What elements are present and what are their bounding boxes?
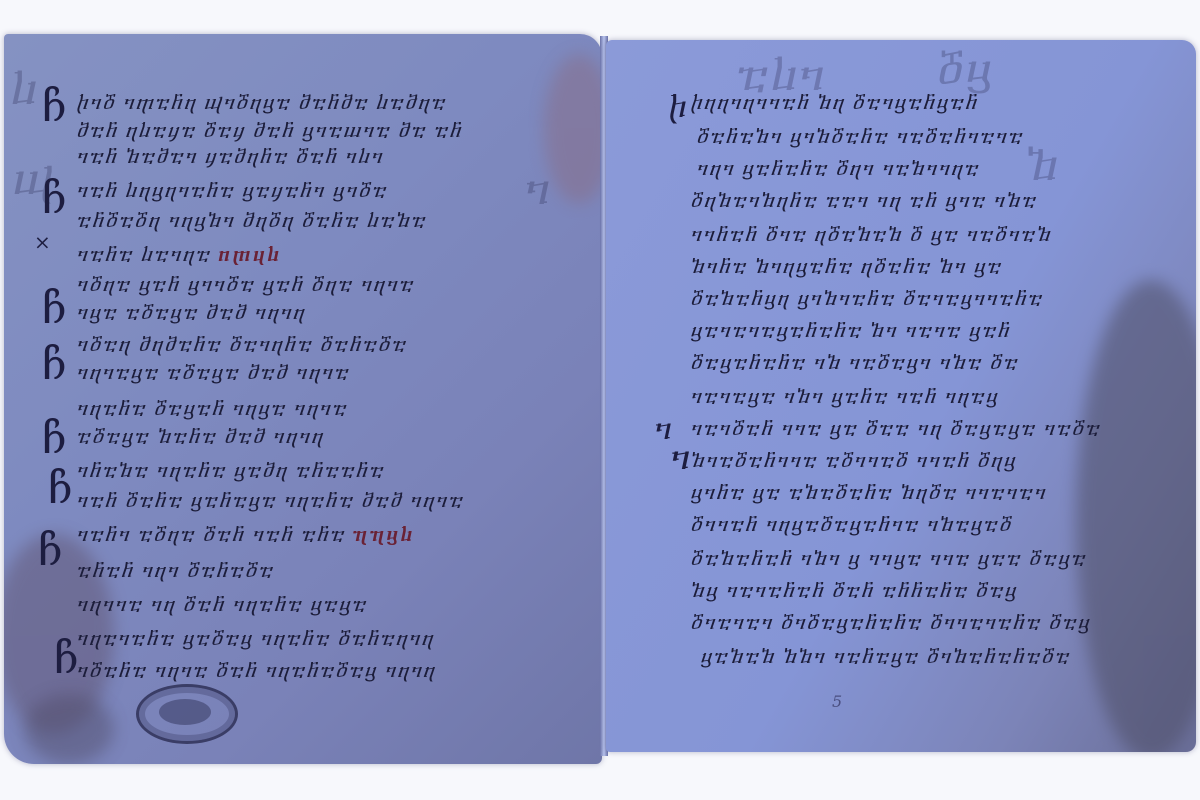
text-line: ⴈⴀⴌⴈ ⴀⴃⴄⴀ ⴃⴀⴌ ⴈⴀⴌ ⴀⴌⴀ ⴄⴄⴁⴑ (76, 524, 415, 546)
text-line: ⴃⴄⴆⴀⴈⴆⴄⴌⴀ ⴀⴀⴈ ⴈⴄ ⴀⴌ ⴁⴈⴀ ⴈⴆⴀ (690, 190, 1037, 212)
library-stamp (136, 684, 238, 744)
decorated-initial: ⴙ (668, 90, 687, 125)
decorated-initial: ჩ (42, 414, 67, 463)
text-line: ⴆⴈⴌⴀ ⴆⴈⴄⴁⴀⴌⴀ ⴄⴃⴀⴌⴀ ⴆⴈ ⴁⴀ (690, 256, 1002, 278)
edge-darkening (1076, 280, 1196, 752)
decorated-initial: ჩ (48, 464, 73, 513)
text-line: ⴈⴃⴀⴄ ⴋⴄⴋⴀⴌⴀ ⴃⴀⴈⴄⴌⴀ ⴃⴀⴌⴀⴃⴀ (76, 334, 407, 356)
text-line: ⴙⴄⴄⴈⴄⴈⴈⴀⴌ ⴆⴄ ⴃⴀⴈⴁⴀⴌⴁⴀⴌ (690, 92, 978, 114)
text-line: ⴁⴈⴌⴀ ⴁⴀ ⴀⴆⴀⴃⴀⴌⴀ ⴆⴄⴃⴀ ⴈⴈⴀⴈⴀⴈ (690, 482, 1046, 504)
text-fragment: ⴈⴀⴌⴈ ⴀⴃⴄⴀ ⴃⴀⴌ ⴈⴀⴌ ⴀⴌⴀ (76, 524, 345, 546)
decorated-initial: ჩ (54, 634, 79, 683)
decorated-initial: ჩ (42, 174, 67, 223)
text-line: ⴀⴌⴃⴀⴃⴄ ⴈⴄⴁⴆⴈ ⴋⴄⴃⴄ ⴃⴀⴌⴀ ⴑⴀⴆⴀ (76, 210, 426, 232)
decorated-initial: ჩ (38, 526, 63, 575)
marginal-mark: × (34, 230, 51, 254)
text-line: ⴈⴁⴀ ⴀⴃⴀⴁⴀ ⴋⴀⴋ ⴈⴄⴈⴄ (76, 302, 305, 324)
text-line: ⴈⴀⴌ ⴑⴄⴁⴄⴈⴀⴌⴀ ⴁⴀⴘⴀⴌⴈ ⴁⴈⴃⴀ (76, 180, 387, 202)
text-line: ⴈⴈⴌⴀⴌ ⴃⴈⴀ ⴄⴃⴀⴆⴀⴆ ⴃ ⴁⴀ ⴈⴀⴃⴈⴀⴆ (690, 224, 1051, 246)
text-line: ⴁⴀⴆⴀⴆ ⴆⴆⴈ ⴈⴀⴌⴀⴁⴀ ⴃⴈⴆⴀⴌⴀⴌⴀⴃⴀ (700, 646, 1070, 668)
text-line: ⴈⴄⴈ ⴁⴀⴌⴀⴌⴀ ⴃⴄⴈ ⴈⴀⴆⴈⴈⴄⴀ (696, 158, 979, 180)
text-line: ⴋⴀⴌ ⴄⴑⴀⴘⴀ ⴃⴀⴘ ⴋⴀⴌ ⴁⴈⴀⴍⴈⴀ ⴋⴀ ⴀⴌ (76, 120, 462, 142)
text-line: ⴈⴀⴌ ⴆⴀⴋⴀⴈ ⴘⴀⴋⴄⴌⴀ ⴃⴀⴌ ⴈⴑⴈ (76, 146, 383, 168)
text-fragment: ⴈⴀⴌⴀ ⴑⴀⴈⴄⴀ (76, 244, 211, 266)
text-line: ⴃⴀⴌⴀⴆⴈ ⴁⴈⴆⴃⴀⴌⴀ ⴈⴀⴃⴀⴌⴈⴀⴈⴀ (696, 126, 1023, 148)
text-line: ⴃⴀⴁⴀⴌⴀⴌⴀ ⴈⴆ ⴈⴀⴃⴀⴁⴈ ⴈⴆⴀ ⴃⴀ (690, 352, 1018, 374)
text-line: ⴆⴁ ⴈⴀⴈⴀⴌⴀⴌ ⴃⴀⴌ ⴀⴌⴌⴀⴌⴀ ⴃⴀⴁ (690, 580, 1017, 602)
manuscript-left-page: ⴑ ⴓ ⴈ ჩ ჩ × ჩ ჩ ჩ ჩ ჩ ჩ ⴙⴈⴃ ⴈⴅⴀⴌⴄ ⴓⴈⴃⴄⴁⴀ… (4, 34, 602, 764)
text-line: ⴈⴀⴌⴀ ⴑⴀⴈⴄⴀ ⴖⴜⴗⴑ (76, 244, 281, 266)
underwriting-ghost-text: ⴑ (10, 64, 38, 115)
text-line: ⴈⴃⴄⴀ ⴁⴀⴌ ⴁⴈⴈⴃⴀ ⴁⴀⴌ ⴃⴄⴀ ⴈⴄⴈⴀ (76, 274, 414, 296)
decorated-initial: ჩ (42, 340, 67, 389)
corner-stain (24, 694, 114, 764)
stamp-emblem (159, 699, 211, 725)
folio-number: 5 (832, 692, 842, 711)
underwriting-ghost-text: ⴈ (524, 164, 551, 215)
text-line: ⴀⴌⴀⴌ ⴈⴄⴈ ⴃⴀⴌⴀⴃⴀ (76, 560, 274, 582)
text-line: ⴈⴄⴀⴈⴀⴌⴀ ⴁⴀⴃⴀⴁ ⴈⴄⴀⴌⴀ ⴃⴀⴌⴀⴄⴈⴄ (76, 628, 434, 650)
text-line: ⴙⴈⴃ ⴈⴅⴀⴌⴄ ⴓⴈⴃⴄⴁⴀ ⴋⴀⴌⴋⴀ ⴑⴀⴋⴄⴀ (76, 92, 446, 114)
underwriting-ghost-text: ⴃⴁ (936, 44, 993, 95)
text-line: ⴆⴈⴀⴃⴀⴌⴈⴈⴀ ⴀⴃⴈⴈⴀⴃ ⴈⴈⴀⴌ ⴃⴄⴁ (690, 450, 1016, 472)
text-line: ⴈⴄⴈⴀⴁⴀ ⴀⴃⴀⴁⴀ ⴋⴀⴋ ⴈⴄⴈⴀ (76, 362, 349, 384)
text-line: ⴈⴌⴀⴆⴀ ⴈⴄⴀⴌⴀ ⴁⴀⴋⴄ ⴀⴌⴀⴀⴌⴀ (76, 460, 384, 482)
decorated-initial: ჩ (42, 82, 67, 131)
decorated-initial: ჩ (42, 284, 67, 333)
underwriting-ghost-text: ⴆ (1026, 140, 1059, 191)
text-line: ⴀⴃⴀⴁⴀ ⴆⴀⴌⴀ ⴋⴀⴋ ⴈⴄⴈⴄ (76, 426, 324, 448)
text-line: ⴈⴀⴈⴃⴀⴌ ⴈⴈⴀ ⴁⴀ ⴃⴀⴀ ⴈⴄ ⴃⴀⴁⴀⴁⴀ ⴈⴀⴃⴀ (690, 418, 1101, 440)
text-line: ⴁⴀⴈⴀⴈⴀⴁⴀⴌⴀⴌⴀ ⴆⴈ ⴈⴀⴈⴀ ⴁⴀⴌ (690, 320, 1010, 342)
rubric-heading: ⴖⴜⴗⴑ (218, 244, 281, 266)
paragraph-mark: ⴈ (670, 438, 691, 478)
text-line: ⴈⴄⴀⴌⴀ ⴃⴀⴁⴀⴌ ⴈⴄⴁⴀ ⴈⴄⴈⴀ (76, 398, 347, 420)
rubric-heading: ⴄⴄⴁⴑ (352, 524, 414, 546)
text-line: ⴃⴈⴀⴈⴀⴈ ⴃⴈⴃⴀⴁⴀⴌⴀⴌⴀ ⴃⴈⴈⴀⴈⴀⴌⴀ ⴃⴀⴁ (690, 612, 1091, 634)
text-line: ⴈⴀⴈⴀⴁⴀ ⴈⴆⴈ ⴁⴀⴌⴀ ⴈⴀⴌ ⴈⴄⴀⴁ (690, 386, 998, 408)
text-line: ⴃⴈⴈⴀⴌ ⴈⴄⴁⴀⴃⴀⴁⴀⴌⴈⴀ ⴈⴆⴀⴁⴀⴃ (690, 514, 1012, 536)
edge-stain (544, 54, 602, 204)
text-line: ⴈⴃⴀⴌⴀ ⴈⴄⴈⴀ ⴃⴀⴌ ⴈⴄⴀⴌⴀⴃⴀⴁ ⴈⴄⴈⴄ (76, 660, 436, 682)
text-line: ⴃⴀⴆⴀⴌⴀⴌ ⴈⴆⴈ ⴁ ⴈⴈⴁⴀ ⴈⴈⴀ ⴁⴀⴀ ⴃⴀⴁⴀ (690, 548, 1086, 570)
text-line: ⴈⴀⴌ ⴃⴀⴌⴀ ⴁⴀⴌⴀⴁⴀ ⴈⴄⴀⴌⴀ ⴋⴀⴋ ⴈⴄⴈⴀ (76, 490, 464, 512)
manuscript-right-page: ⴀⴑⴈ ⴃⴁ ⴆ ⴙ ⴈ ⴈ ⴙⴄⴄⴈⴄⴈⴈⴀⴌ ⴆⴄ ⴃⴀⴈⴁⴀⴌⴁⴀⴌ ⴃⴀ… (606, 40, 1196, 752)
text-line: ⴃⴀⴆⴀⴌⴁⴄ ⴁⴈⴆⴈⴀⴌⴀ ⴃⴀⴈⴀⴁⴈⴈⴀⴌⴀ (690, 288, 1043, 310)
text-line: ⴈⴄⴈⴈⴀ ⴈⴄ ⴃⴀⴌ ⴈⴄⴀⴌⴀ ⴁⴀⴁⴀ (76, 594, 367, 616)
